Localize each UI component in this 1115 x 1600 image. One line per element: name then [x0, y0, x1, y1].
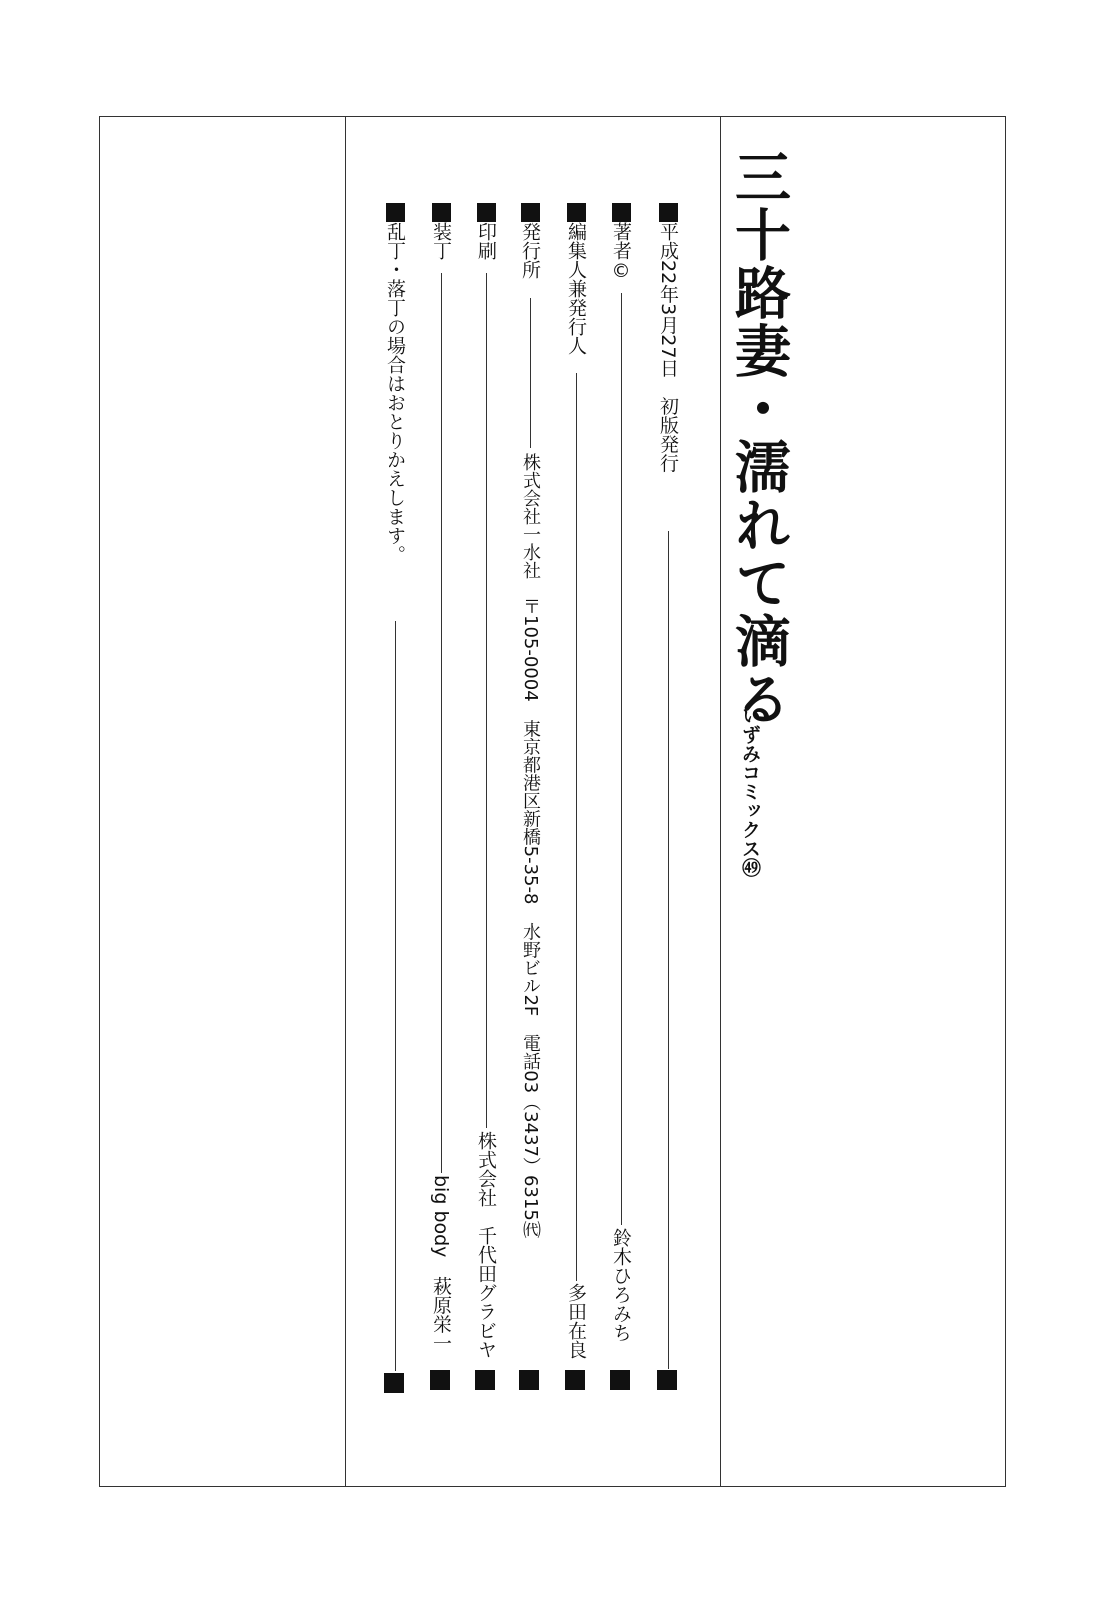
colophon-entry-date: 平成22年3月27日 初版発行 [654, 203, 684, 1403]
series-number: ㊾ [739, 858, 761, 877]
leader-line [530, 298, 531, 448]
entry-label: 編集人兼発行人 [562, 203, 590, 355]
entry-label: 印刷 [472, 203, 500, 260]
entry-label: 装丁 [427, 203, 455, 260]
end-square-icon [519, 1370, 539, 1390]
author-name: 鈴木ひろみち [607, 1228, 635, 1342]
end-square-icon [384, 1373, 404, 1393]
entry-label: 著者© [607, 203, 635, 282]
colophon-entry-publisher: 発行所 株式会社一水社 〒105-0004 東京都港区新橋5-35-8 水野ビル… [516, 203, 546, 1403]
publisher-details: 株式会社一水社 〒105-0004 東京都港区新橋5-35-8 水野ビル2F 電… [516, 453, 544, 1239]
printer-name: 株式会社 千代田グラビヤ [472, 1131, 500, 1359]
series-label: いずみコミックス [739, 706, 761, 858]
bullet-square-icon [659, 203, 678, 222]
bullet-square-icon [567, 203, 586, 222]
end-square-icon [565, 1370, 585, 1390]
end-square-icon [430, 1370, 450, 1390]
colophon-entry-printing: 印刷 株式会社 千代田グラビヤ [472, 203, 502, 1403]
leader-line [576, 373, 577, 1281]
colophon-entry-design: 装丁 big body 萩原栄一 [427, 203, 457, 1403]
colophon-frame [99, 116, 1006, 1487]
book-title: 三十路妻・濡れて滴る [728, 148, 788, 728]
leader-line [486, 273, 487, 1128]
leader-line [395, 621, 396, 1371]
series-name: いずみコミックス㊾ [738, 706, 762, 877]
bullet-square-icon [477, 203, 496, 222]
end-square-icon [475, 1370, 495, 1390]
entry-label: 平成22年3月27日 初版発行 [654, 203, 682, 472]
editor-name: 多田在良 [562, 1283, 590, 1359]
bullet-square-icon [432, 203, 451, 222]
bullet-square-icon [521, 203, 540, 222]
leader-line [668, 531, 669, 1369]
bullet-square-icon [386, 203, 405, 222]
designer-name: big body 萩原栄一 [427, 1175, 455, 1352]
end-square-icon [610, 1370, 630, 1390]
column-divider-right [720, 116, 721, 1487]
colophon-entry-author: 著者© 鈴木ひろみち [607, 203, 637, 1403]
leader-line [621, 293, 622, 1225]
replacement-notice: 乱丁・落丁の場合はおとりかえします。 [381, 203, 409, 564]
end-square-icon [657, 1370, 677, 1390]
entry-label: 発行所 [516, 203, 544, 279]
column-divider-left [345, 116, 346, 1487]
leader-line [441, 273, 442, 1173]
bullet-square-icon [612, 203, 631, 222]
colophon-entry-editor: 編集人兼発行人 多田在良 [562, 203, 592, 1403]
colophon-entry-notice: 乱丁・落丁の場合はおとりかえします。 [381, 203, 411, 1403]
